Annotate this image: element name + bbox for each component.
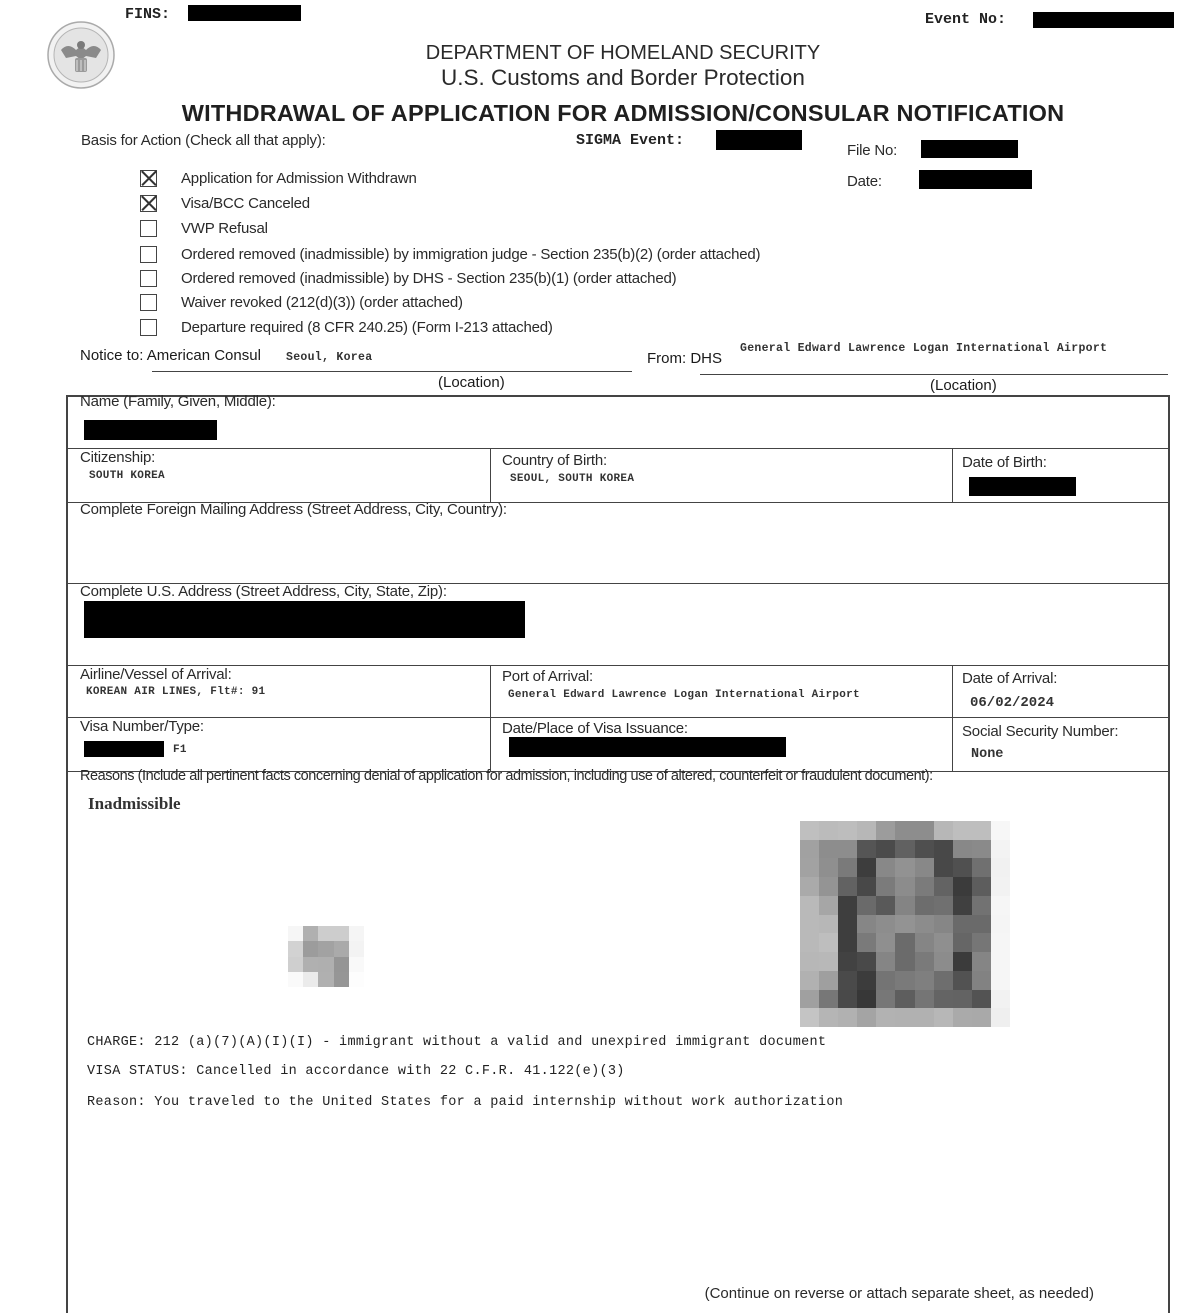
from-label: From: DHS: [647, 350, 722, 367]
port-of-arrival-value: General Edward Lawrence Logan Internatio…: [508, 689, 860, 701]
ssn-label: Social Security Number:: [962, 723, 1118, 740]
reason-explanation-line: Reason: You traveled to the United State…: [87, 1095, 843, 1110]
checkbox-unchecked[interactable]: [140, 270, 157, 287]
date-of-arrival-value: 06/02/2024: [970, 695, 1054, 711]
name-redaction: [84, 420, 217, 440]
col-divider: [490, 448, 491, 503]
sigma-event-label: SIGMA Event:: [576, 132, 684, 149]
event-no-redaction: [1033, 12, 1174, 28]
us-address-redaction: [84, 601, 525, 638]
pixelated-signature-block: [800, 821, 1010, 1027]
event-no-label: Event No:: [925, 11, 1006, 28]
reason-charge-line: CHARGE: 212 (a)(7)(A)(I)(I) - immigrant …: [87, 1035, 826, 1050]
basis-option-vwp-refusal[interactable]: VWP Refusal: [140, 217, 268, 239]
notice-location-caption: (Location): [438, 374, 505, 391]
checkbox-unchecked[interactable]: [140, 319, 157, 336]
pixelated-mark-small: [288, 911, 364, 987]
airline-label: Airline/Vessel of Arrival:: [80, 666, 232, 683]
visa-issuance-redaction: [509, 737, 786, 757]
notice-to-underline: [152, 371, 632, 372]
form-table: Name (Family, Given, Middle): Citizenshi…: [66, 395, 1170, 1313]
country-of-birth-label: Country of Birth:: [502, 452, 607, 469]
basis-option-label: Ordered removed (inadmissible) by immigr…: [181, 246, 760, 263]
name-label: Name (Family, Given, Middle):: [80, 393, 276, 410]
ssn-value: None: [971, 747, 1003, 762]
date-of-arrival-label: Date of Arrival:: [962, 670, 1057, 687]
foreign-address-label: Complete Foreign Mailing Address (Street…: [80, 501, 507, 518]
basis-option-label: Waiver revoked (212(d)(3)) (order attach…: [181, 294, 463, 311]
col-divider: [952, 665, 953, 772]
continue-note: (Continue on reverse or attach separate …: [705, 1285, 1094, 1302]
basis-option-departure-required[interactable]: Departure required (8 CFR 240.25) (Form …: [140, 316, 553, 338]
basis-option-label: Visa/BCC Canceled: [181, 195, 310, 212]
from-underline: [700, 374, 1168, 375]
notice-to-label: Notice to: American Consul: [80, 347, 261, 364]
basis-option-label: VWP Refusal: [181, 220, 268, 237]
col-divider: [952, 448, 953, 503]
from-location-caption: (Location): [930, 377, 997, 394]
visa-type-value: F1: [173, 744, 187, 756]
reason-visa-status-line: VISA STATUS: Cancelled in accordance wit…: [87, 1064, 625, 1079]
row-divider: [68, 448, 1168, 449]
visa-number-type-label: Visa Number/Type:: [80, 718, 204, 735]
date-label: Date:: [847, 173, 882, 190]
us-address-label: Complete U.S. Address (Street Address, C…: [80, 583, 447, 600]
fins-redaction: [188, 5, 301, 21]
checkbox-unchecked[interactable]: [140, 220, 157, 237]
basis-for-action-label: Basis for Action (Check all that apply):: [81, 132, 326, 149]
file-no-redaction: [921, 140, 1018, 158]
basis-option-visa-canceled[interactable]: Visa/BCC Canceled: [140, 192, 310, 214]
citizenship-label: Citizenship:: [80, 449, 155, 466]
agency-name: U.S. Customs and Border Protection: [0, 65, 1183, 91]
row-divider: [68, 665, 1168, 666]
checkbox-unchecked[interactable]: [140, 246, 157, 263]
basis-option-label: Departure required (8 CFR 240.25) (Form …: [181, 319, 553, 336]
port-of-arrival-label: Port of Arrival:: [502, 668, 593, 685]
date-redaction: [919, 170, 1032, 189]
visa-number-redaction: [84, 741, 164, 757]
airline-value: KOREAN AIR LINES, Flt#: 91: [86, 686, 265, 698]
file-no-label: File No:: [847, 142, 897, 159]
basis-option-removed-by-judge[interactable]: Ordered removed (inadmissible) by immigr…: [140, 243, 760, 265]
checkbox-checked[interactable]: [140, 195, 157, 212]
from-value: General Edward Lawrence Logan Internatio…: [740, 342, 1107, 355]
basis-option-label: Application for Admission Withdrawn: [181, 170, 417, 187]
sigma-event-redaction: [716, 130, 802, 150]
basis-option-waiver-revoked[interactable]: Waiver revoked (212(d)(3)) (order attach…: [140, 291, 463, 313]
form-title: WITHDRAWAL OF APPLICATION FOR ADMISSION/…: [0, 100, 1183, 127]
checkbox-unchecked[interactable]: [140, 294, 157, 311]
row-divider: [68, 717, 1168, 718]
department-name: DEPARTMENT OF HOMELAND SECURITY: [0, 42, 1183, 65]
citizenship-value: SOUTH KOREA: [89, 470, 165, 482]
date-of-birth-label: Date of Birth:: [962, 454, 1047, 471]
notice-to-value: Seoul, Korea: [286, 351, 372, 364]
reasons-headline: Inadmissible: [88, 794, 181, 814]
basis-option-label: Ordered removed (inadmissible) by DHS - …: [181, 270, 676, 287]
fins-label: FINS:: [125, 6, 170, 23]
country-of-birth-value: SEOUL, SOUTH KOREA: [510, 473, 634, 485]
visa-issuance-label: Date/Place of Visa Issuance:: [502, 720, 688, 737]
reasons-label: Reasons (Include all pertinent facts con…: [80, 768, 933, 784]
checkbox-checked[interactable]: [140, 170, 157, 187]
col-divider: [490, 665, 491, 772]
basis-option-removed-by-dhs[interactable]: Ordered removed (inadmissible) by DHS - …: [140, 267, 676, 289]
date-of-birth-redaction: [969, 477, 1076, 496]
basis-option-application-withdrawn[interactable]: Application for Admission Withdrawn: [140, 167, 417, 189]
